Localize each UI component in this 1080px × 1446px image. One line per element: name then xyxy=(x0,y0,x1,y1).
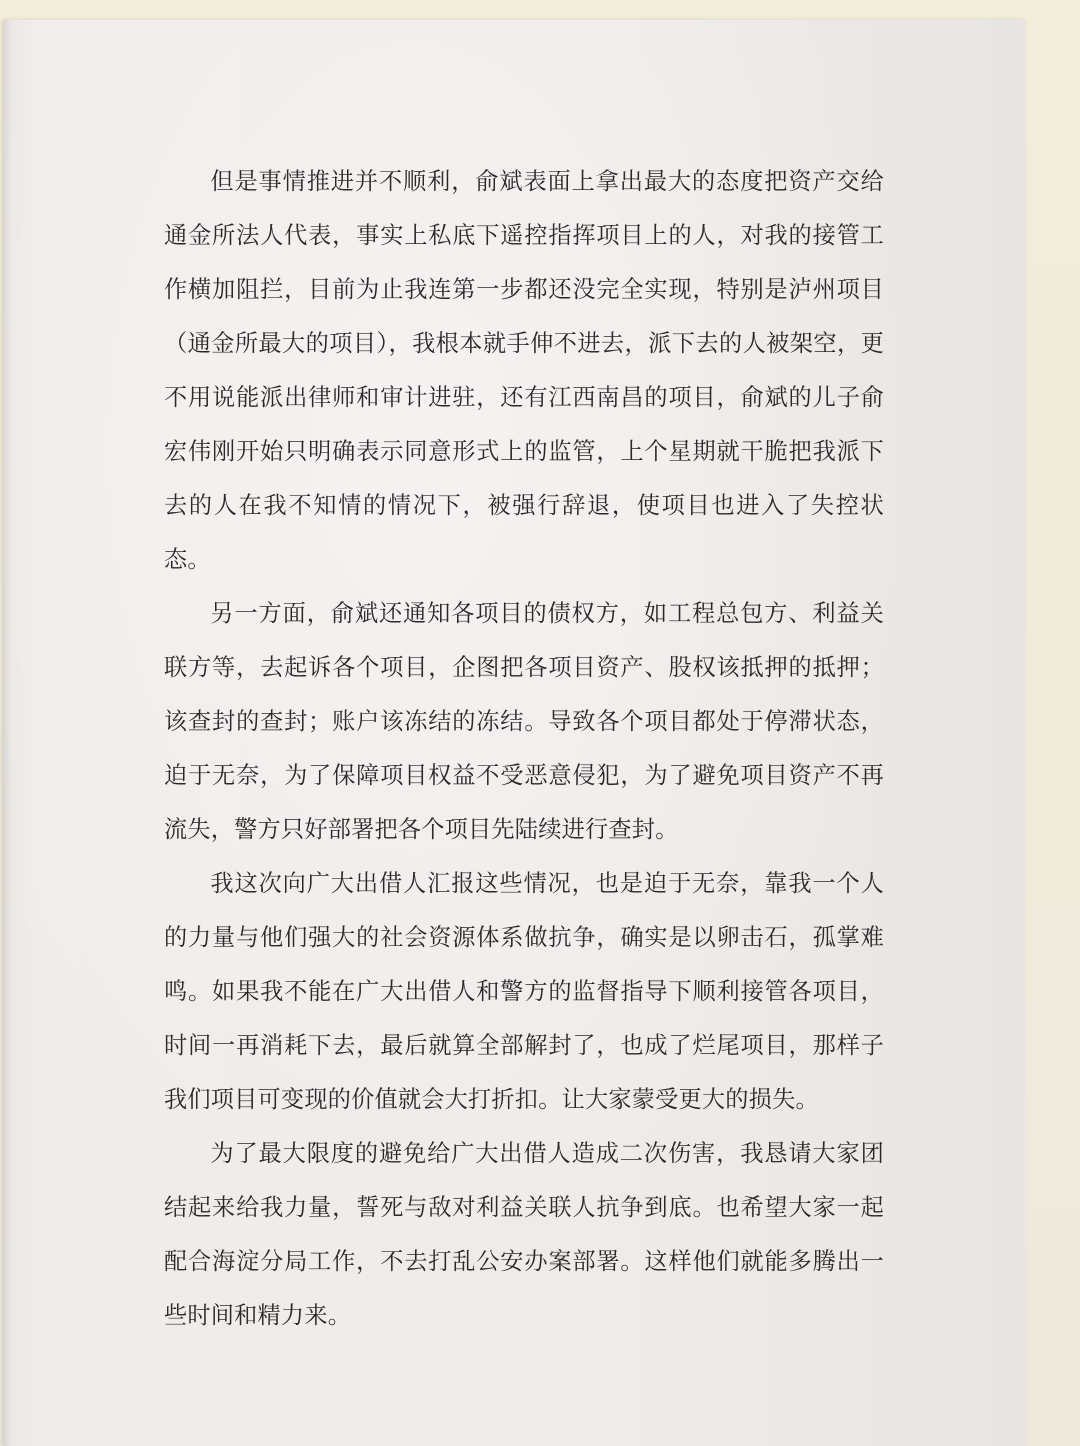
paragraph-1: 但是事情推进并不顺利，俞斌表面上拿出最大的态度把资产交给通金所法人代表，事实上私… xyxy=(164,155,884,587)
paragraph-4: 为了最大限度的避免给广大出借人造成二次伤害，我恳请大家团结起来给我力量，誓死与敌… xyxy=(164,1127,884,1343)
document-body: 但是事情推进并不顺利，俞斌表面上拿出最大的态度把资产交给通金所法人代表，事实上私… xyxy=(164,155,884,1343)
paragraph-3: 我这次向广大出借人汇报这些情况，也是迫于无奈，靠我一个人的力量与他们强大的社会资… xyxy=(164,857,884,1127)
paragraph-2: 另一方面，俞斌还通知各项目的债权方，如工程总包方、利益关联方等，去起诉各个项目，… xyxy=(164,587,884,857)
